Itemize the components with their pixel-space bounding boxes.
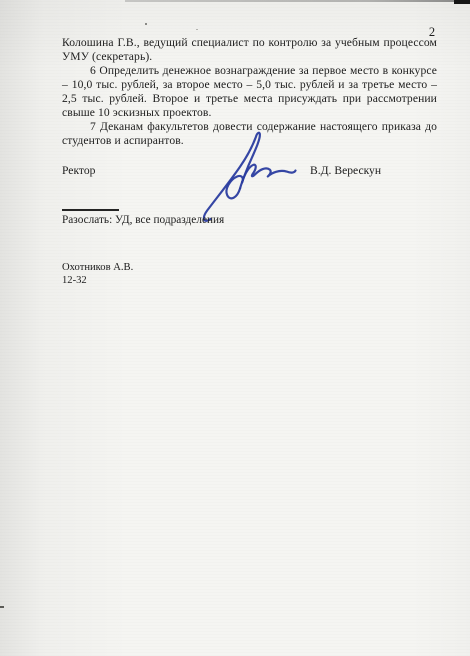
scan-artifact-corner-mark bbox=[454, 0, 470, 4]
scan-speck bbox=[145, 23, 147, 25]
signer-role-label: Ректор bbox=[62, 164, 95, 177]
distribution-note: Разослать: УД, все подразделения bbox=[62, 214, 224, 226]
scan-speck bbox=[0, 606, 4, 608]
paragraph-secretary: Колошина Г.В., ведущий специалист по кон… bbox=[62, 36, 437, 64]
executor-block: Охотников А.В. 12-32 bbox=[62, 261, 133, 287]
scanned-document-page: 2 Колошина Г.В., ведущий специалист по к… bbox=[0, 0, 470, 656]
executor-phone: 12-32 bbox=[62, 274, 133, 287]
signature-stroke-tail bbox=[242, 165, 295, 183]
distribution-divider bbox=[62, 209, 119, 211]
scan-artifact-top-edge bbox=[125, 0, 470, 2]
scan-speck bbox=[196, 29, 198, 30]
handwritten-signature-icon bbox=[198, 129, 300, 223]
signer-name: В.Д. Верескун bbox=[310, 164, 381, 177]
paragraph-item-6: 6 Определить денежное вознаграждение за … bbox=[62, 64, 437, 120]
executor-name: Охотников А.В. bbox=[62, 261, 133, 274]
